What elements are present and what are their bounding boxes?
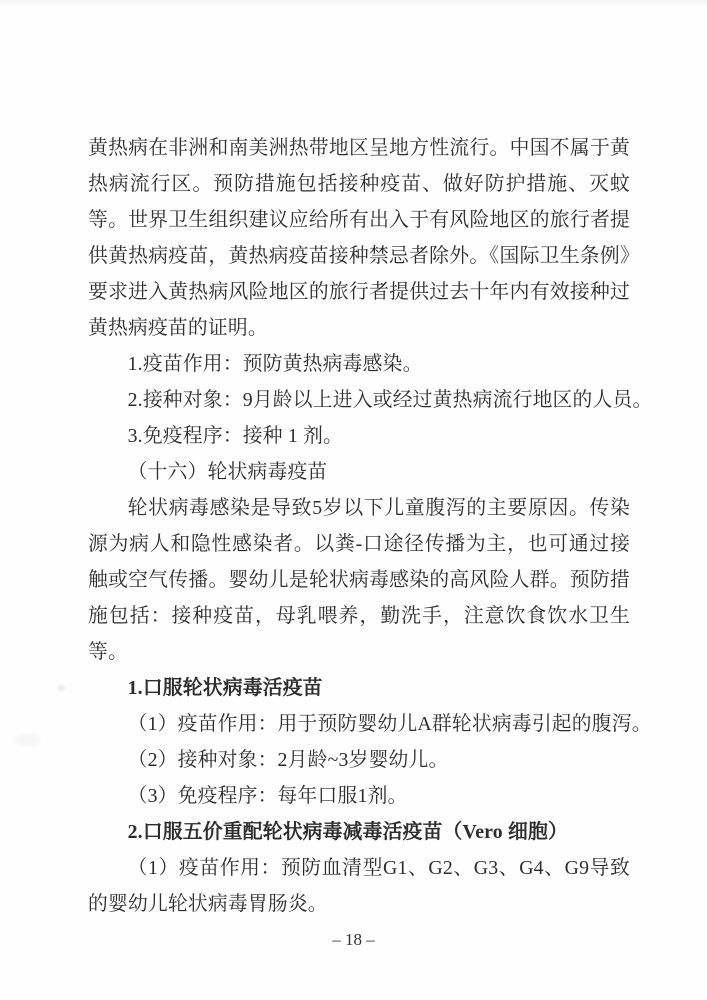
list-item-rv1-immunization-schedule: （3）免疫程序：每年口服1剂。 <box>88 778 630 814</box>
list-item-yf-immunization-schedule: 3.免疫程序：接种 1 剂。 <box>88 418 630 454</box>
page-footer: – 18 – <box>0 928 707 952</box>
section-heading-rotavirus-vaccine: （十六）轮状病毒疫苗 <box>88 454 630 490</box>
paragraph-rotavirus-intro: 轮状病毒感染是导致5岁以下儿童腹泻的主要原因。传染源为病人和隐性感染者。以粪-口… <box>88 490 630 670</box>
heading-oral-pentavalent-rotavirus-vaccine: 2.口服五价重配轮状病毒减毒活疫苗（Vero 细胞） <box>88 814 630 850</box>
scan-edge-artifact <box>0 0 707 6</box>
document-body: 黄热病在非洲和南美洲热带地区呈地方性流行。中国不属于黄热病流行区。预防措施包括接… <box>88 130 630 922</box>
paragraph-yellow-fever-continuation: 黄热病在非洲和南美洲热带地区呈地方性流行。中国不属于黄热病流行区。预防措施包括接… <box>88 130 630 346</box>
list-item-rv1-vaccine-effect: （1）疫苗作用：用于预防婴幼儿A群轮状病毒引起的腹泻。 <box>88 706 630 742</box>
heading-oral-live-rotavirus-vaccine: 1.口服轮状病毒活疫苗 <box>88 670 630 706</box>
list-item-yf-target-population: 2.接种对象：9月龄以上进入或经过黄热病流行地区的人员。 <box>88 382 630 418</box>
scan-speck <box>58 685 65 691</box>
scan-speck <box>14 735 40 745</box>
page-number: – 18 – <box>332 930 375 949</box>
document-page: 黄热病在非洲和南美洲热带地区呈地方性流行。中国不属于黄热病流行区。预防措施包括接… <box>0 0 707 1000</box>
list-item-yf-vaccine-effect: 1.疫苗作用：预防黄热病毒感染。 <box>88 346 630 382</box>
list-item-rv1-target-population: （2）接种对象：2月龄~3岁婴幼儿。 <box>88 742 630 778</box>
paragraph-rv2-vaccine-effect: （1）疫苗作用：预防血清型G1、G2、G3、G4、G9导致的婴幼儿轮状病毒胃肠炎… <box>88 850 630 922</box>
